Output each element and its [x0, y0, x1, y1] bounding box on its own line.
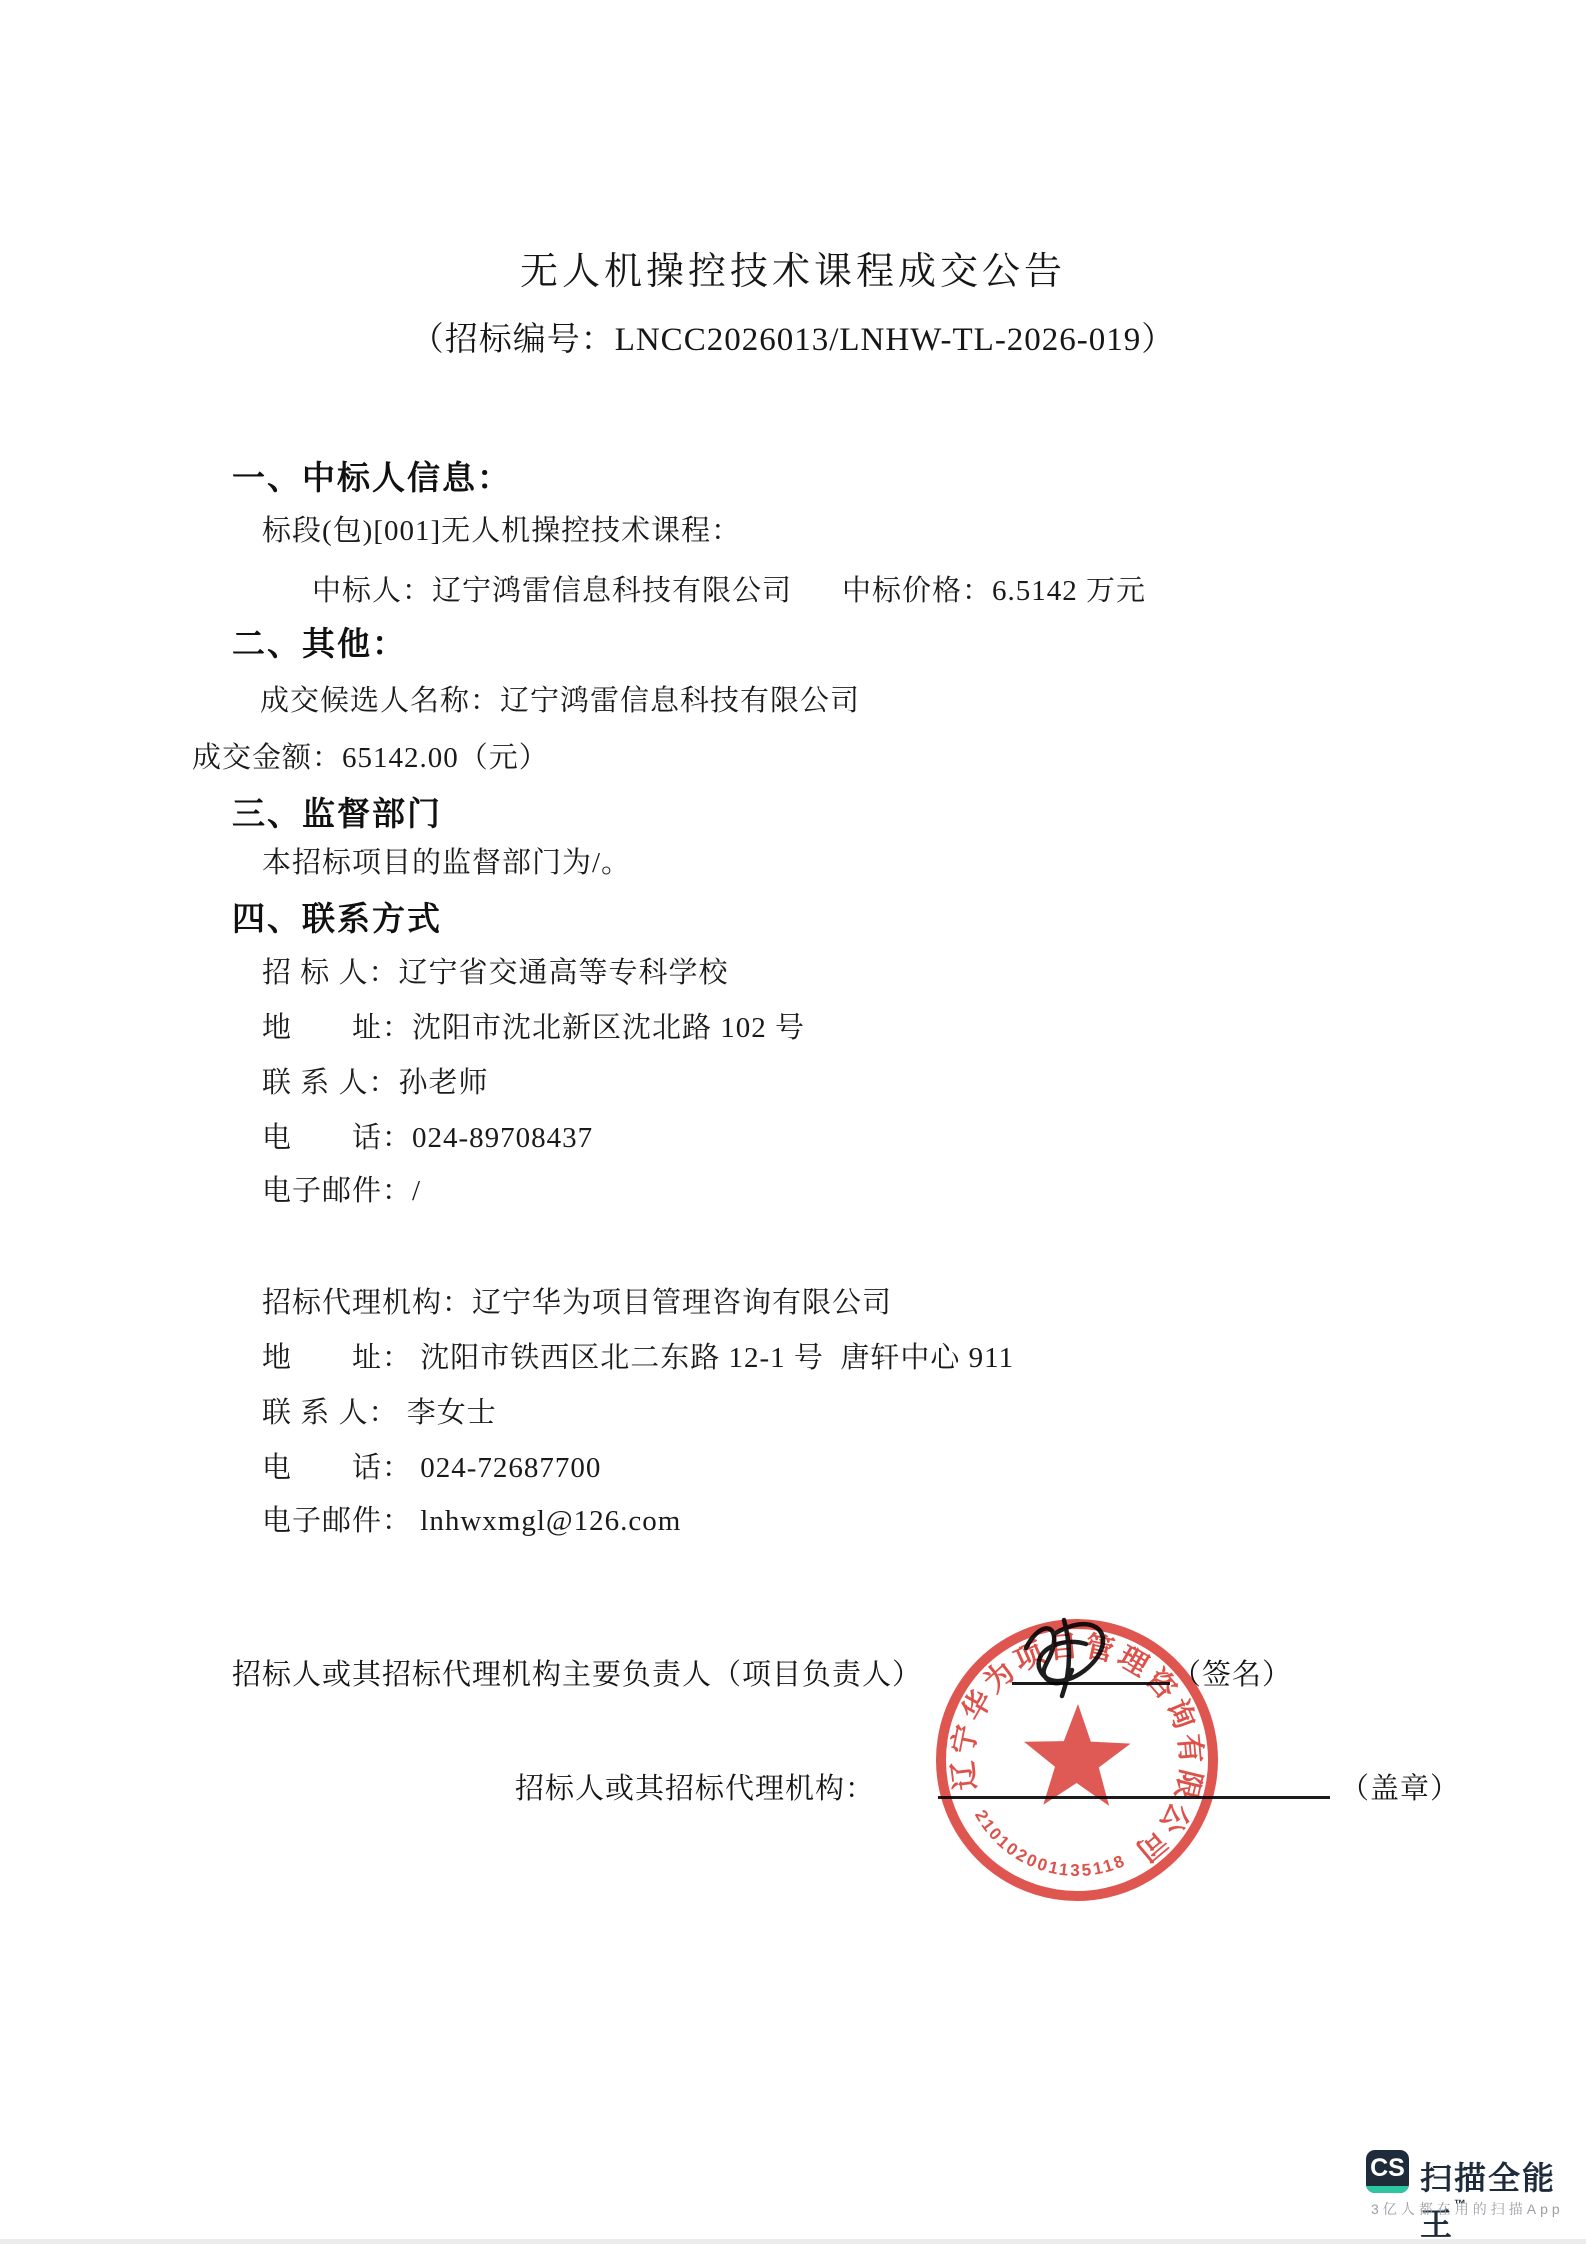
candidate-line: 成交候选人名称：辽宁鸿雷信息科技有限公司: [260, 678, 860, 719]
svg-text:210102001135118: 210102001135118: [964, 1804, 1136, 1889]
agent-contact-value: 李女士: [399, 1397, 497, 1429]
sign-line1-label: 招标人或其招标代理机构主要负责人（项目负责人）: [232, 1652, 922, 1693]
lot-line: 标段(包)[001]无人机操控技术课程：: [262, 508, 741, 549]
price-line: 中标价格：6.5142 万元: [842, 568, 1146, 609]
document-title: 无人机操控技术课程成交公告: [0, 240, 1586, 295]
amount-line: 成交金额：65142.00（元）: [192, 735, 549, 776]
sign-line2-label: 招标人或其招标代理机构：: [515, 1766, 875, 1807]
section4-heading: 四、联系方式: [232, 893, 442, 940]
tenderer-contact-label: 联 系 人：: [262, 1067, 399, 1099]
agent-email-value: lnhwxmgl@126.com: [412, 1505, 681, 1537]
tenderer-name-line: 招 标 人：辽宁省交通高等专科学校: [262, 950, 729, 991]
camscanner-logo-accent: [1366, 2186, 1409, 2193]
agent-email-line: 电子邮件： lnhwxmgl@126.com: [262, 1498, 681, 1539]
agent-email-label: 电子邮件：: [262, 1505, 412, 1537]
agent-contact-label: 联 系 人：: [262, 1397, 399, 1429]
tenderer-contact-value: 孙老师: [399, 1067, 489, 1099]
tenderer-addr-line: 地 址：沈阳市沈北新区沈北路 102 号: [262, 1005, 805, 1046]
tenderer-email-label: 电子邮件：: [262, 1175, 412, 1207]
scanned-document-page: 无人机操控技术课程成交公告 （招标编号：LNCC2026013/LNHW-TL-…: [0, 0, 1586, 2244]
winner-line: 中标人：辽宁鸿雷信息科技有限公司: [312, 568, 792, 609]
tenderer-name-label: 招 标 人：: [262, 957, 399, 989]
supervision-line: 本招标项目的监督部门为/。: [262, 840, 631, 881]
section2-heading: 二、其他：: [232, 618, 407, 665]
camscanner-logo-icon: CS: [1366, 2150, 1409, 2193]
agent-addr-value: 沈阳市铁西区北二东路 12-1 号 唐轩中心 911: [412, 1342, 1014, 1374]
tenderer-email-value: /: [412, 1175, 421, 1207]
agent-name-value: 辽宁华为项目管理咨询有限公司: [472, 1287, 892, 1319]
tenderer-phone-label: 电 话：: [262, 1122, 412, 1154]
seal-underline: [938, 1796, 1330, 1799]
camscanner-logo-text: CS: [1370, 2154, 1405, 2183]
agent-name-line: 招标代理机构：辽宁华为项目管理咨询有限公司: [262, 1280, 892, 1321]
handwritten-signature: [998, 1608, 1148, 1718]
agent-phone-value: 024-72687700: [412, 1452, 601, 1484]
tenderer-contact-line: 联 系 人：孙老师: [262, 1060, 489, 1101]
section1-heading: 一、中标人信息：: [232, 452, 512, 499]
tenderer-phone-value: 024-89708437: [412, 1122, 593, 1154]
agent-phone-line: 电 话： 024-72687700: [262, 1445, 601, 1486]
tenderer-phone-line: 电 话：024-89708437: [262, 1115, 593, 1156]
sign-line2-suffix: （盖章）: [1340, 1766, 1460, 1807]
seal-star-icon: [1023, 1703, 1131, 1806]
tenderer-email-line: 电子邮件：/: [262, 1168, 421, 1209]
tenderer-addr-label: 地 址：: [262, 1012, 412, 1044]
camscanner-tagline: 3亿人都在用的扫描App: [1371, 2199, 1564, 2219]
section3-heading: 三、监督部门: [232, 788, 442, 835]
agent-addr-line: 地 址： 沈阳市铁西区北二东路 12-1 号 唐轩中心 911: [262, 1335, 1014, 1376]
tender-number: （招标编号：LNCC2026013/LNHW-TL-2026-019）: [0, 313, 1586, 360]
agent-phone-label: 电 话：: [262, 1452, 412, 1484]
agent-addr-label: 地 址：: [262, 1342, 412, 1374]
agent-contact-line: 联 系 人： 李女士: [262, 1390, 497, 1431]
tenderer-addr-value: 沈阳市沈北新区沈北路 102 号: [412, 1012, 805, 1044]
tenderer-name-value: 辽宁省交通高等专科学校: [399, 957, 729, 989]
scan-edge-shadow: [0, 2239, 1586, 2244]
seal-registration-number: 210102001135118: [964, 1804, 1136, 1889]
agent-name-label: 招标代理机构：: [262, 1287, 472, 1319]
